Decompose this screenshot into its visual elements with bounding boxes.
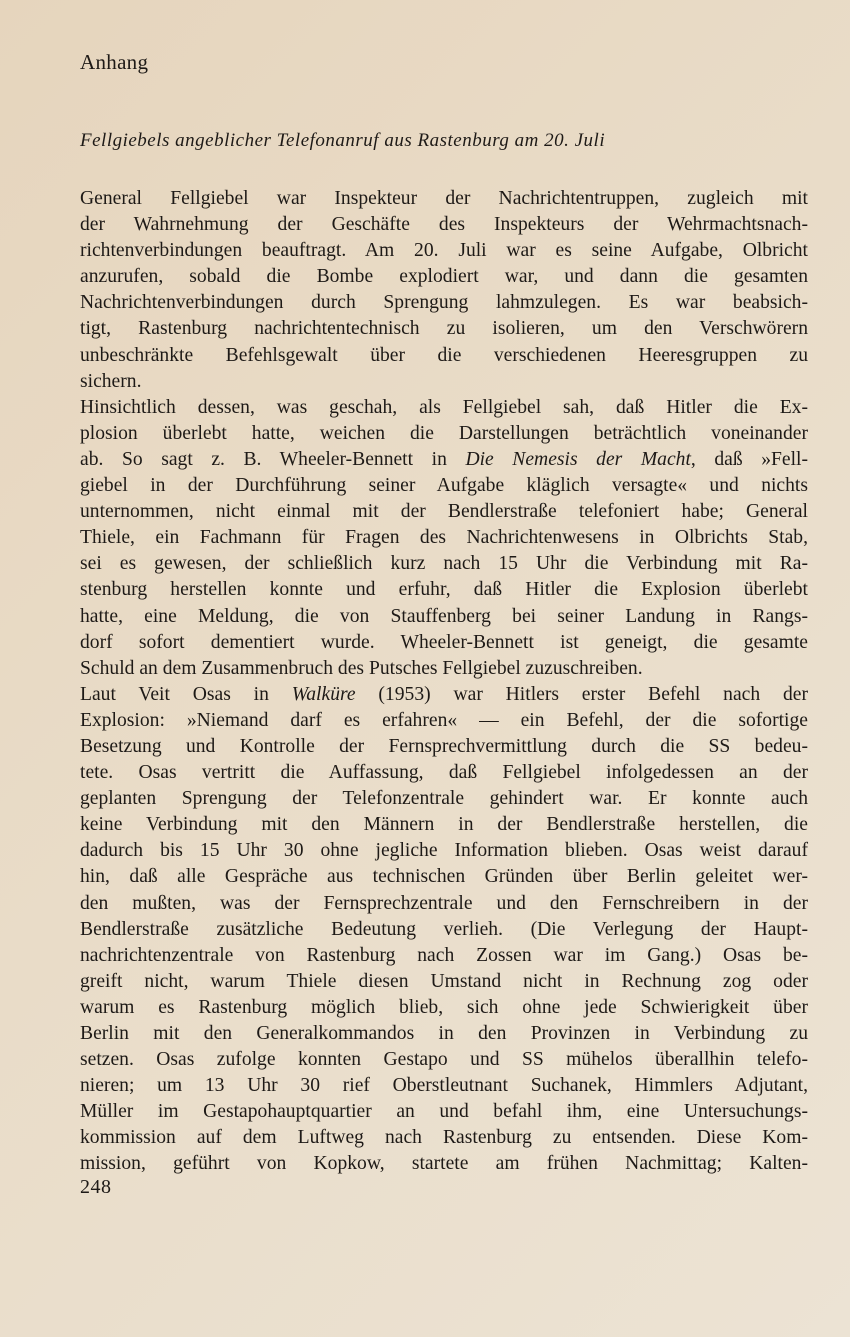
- text-line: sei es gewesen, der schließlich kurz nac…: [80, 551, 808, 577]
- text-line: nachrichtenzentrale von Rastenburg nach …: [80, 943, 808, 969]
- text-line: nieren; um 13 Uhr 30 rief Oberstleutnant…: [80, 1073, 808, 1099]
- text-line: dorf sofort dementiert wurde. Wheeler-Be…: [80, 630, 808, 656]
- text-line: stenburg herstellen konnte und erfuhr, d…: [80, 577, 808, 603]
- text-line: mission, geführt von Kopkow, startete am…: [80, 1151, 808, 1177]
- text-line: hin, daß alle Gespräche aus technischen …: [80, 864, 808, 890]
- text-line: Hinsichtlich dessen, was geschah, als Fe…: [80, 395, 808, 421]
- text-line: dadurch bis 15 Uhr 30 ohne jegliche Info…: [80, 838, 808, 864]
- book-page: Anhang Fellgiebels angeblicher Telefonan…: [0, 0, 850, 1337]
- text-line: hatte, eine Meldung, die von Stauffenber…: [80, 604, 808, 630]
- text-line: anzurufen, sobald die Bombe explodiert w…: [80, 264, 808, 290]
- text-segment: , daß »Fell-: [691, 449, 808, 470]
- text-line: keine Verbindung mit den Männern in der …: [80, 812, 808, 838]
- text-line: Explosion: »Niemand darf es erfahren« — …: [80, 708, 808, 734]
- text-line: warum es Rastenburg möglich blieb, sich …: [80, 995, 808, 1021]
- text-line: Schuld an dem Zusammenbruch des Putsches…: [80, 656, 808, 682]
- text-line: geplanten Sprengung der Telefonzentrale …: [80, 786, 808, 812]
- text-line: der Wahrnehmung der Geschäfte des Inspek…: [80, 212, 808, 238]
- book-title-italic: Walküre: [292, 684, 356, 705]
- text-segment: ab. So sagt z. B. Wheeler-Bennett in: [80, 449, 465, 470]
- running-head: Anhang: [80, 50, 148, 75]
- text-line: General Fellgiebel war Inspekteur der Na…: [80, 186, 808, 212]
- text-line: greift nicht, warum Thiele diesen Umstan…: [80, 969, 808, 995]
- text-line: setzen. Osas zufolge konnten Gestapo und…: [80, 1047, 808, 1073]
- text-line: unbeschränkte Befehlsgewalt über die ver…: [80, 343, 808, 369]
- text-line: tigt, Rastenburg nachrichtentechnisch zu…: [80, 316, 808, 342]
- text-line: Berlin mit den Generalkommandos in den P…: [80, 1021, 808, 1047]
- text-line: richtenverbindungen beauftragt. Am 20. J…: [80, 238, 808, 264]
- text-segment: (1953) war Hitlers erster Befehl nach de…: [356, 684, 808, 705]
- text-line: Thiele, ein Fachmann für Fragen des Nach…: [80, 525, 808, 551]
- page-number: 248: [80, 1176, 112, 1199]
- text-line: unternommen, nicht einmal mit der Bendle…: [80, 499, 808, 525]
- text-line: plosion überlebt hatte, weichen die Dars…: [80, 421, 808, 447]
- text-segment: Laut Veit Osas in: [80, 684, 292, 705]
- text-line: sichern.: [80, 369, 808, 395]
- text-line-mixed: Laut Veit Osas in Walküre (1953) war Hit…: [80, 682, 808, 708]
- text-line-mixed: ab. So sagt z. B. Wheeler-Bennett in Die…: [80, 447, 808, 473]
- text-line: den mußten, was der Fernsprechzentrale u…: [80, 891, 808, 917]
- section-title: Fellgiebels angeblicher Telefonanruf aus…: [80, 130, 605, 152]
- text-line: Bendlerstraße zusätzliche Bedeutung verl…: [80, 917, 808, 943]
- text-line: Besetzung und Kontrolle der Fernsprechve…: [80, 734, 808, 760]
- body-text: General Fellgiebel war Inspekteur der Na…: [80, 186, 808, 1178]
- text-line: Müller im Gestapohauptquartier an und be…: [80, 1099, 808, 1125]
- book-title-italic: Die Nemesis der Macht: [465, 449, 690, 470]
- text-line: tete. Osas vertritt die Auffassung, daß …: [80, 760, 808, 786]
- text-line: giebel in der Durchführung seiner Aufgab…: [80, 473, 808, 499]
- text-line: kommission auf dem Luftweg nach Rastenbu…: [80, 1125, 808, 1151]
- text-line: Nachrichtenverbindungen durch Sprengung …: [80, 290, 808, 316]
